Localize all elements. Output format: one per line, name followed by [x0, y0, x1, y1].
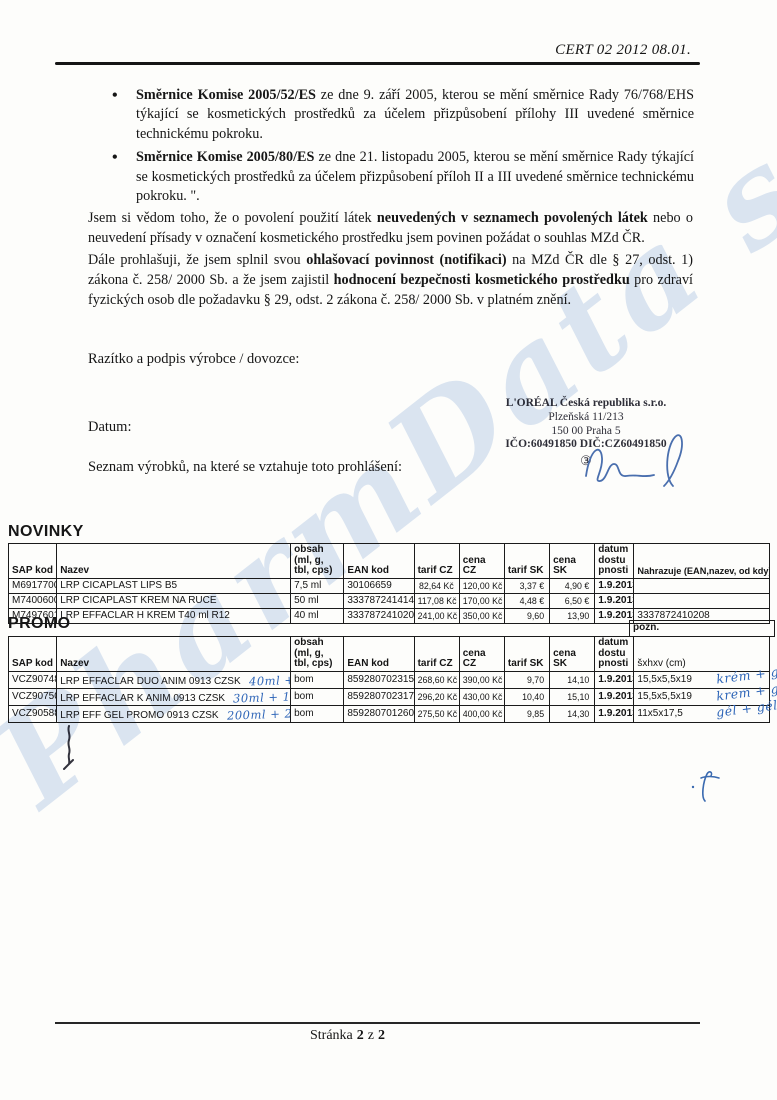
cell-text: M7400600 — [12, 595, 57, 606]
table-cell: 430,00 Kč — [459, 688, 504, 705]
cell-text: 275,50 Kč — [418, 709, 458, 719]
novinky-table: SAP kod Nazev obsah (ml, g, tbl, cps) EA… — [8, 543, 770, 624]
table-cell: 120,00 Kč — [459, 578, 504, 593]
table-cell: 3,37 € — [504, 578, 549, 593]
cell-text: LRP EFF GEL PROMO 0913 CZSK — [60, 710, 218, 721]
table-cell: 241,00 Kč — [414, 608, 459, 623]
cell-text: 8592807023150 — [347, 674, 414, 685]
cell-text: VCZ90750 — [12, 691, 57, 702]
stamp-company-name: L'ORÉAL Česká republika s.r.o. — [452, 397, 720, 411]
cell-text: 9,70 — [527, 675, 544, 685]
table-cell: 1.9.2013 — [595, 578, 634, 593]
table-cell: LRP EFF GEL PROMO 0913 CZSK200ml + 200ml — [57, 705, 291, 722]
cell-text: 40 ml — [294, 610, 318, 621]
signature-icon — [580, 430, 695, 492]
col-header-nazev: Nazev — [57, 637, 291, 672]
col-header-obsah: obsah (ml, g, tbl, cps) — [291, 637, 344, 672]
cell-text: 9,85 — [527, 709, 544, 719]
table-cell: LRP EFFACLAR H KREM T40 ml R12 — [57, 608, 291, 623]
cell-text: 13,90 — [567, 611, 589, 621]
table-cell: 15,10 — [550, 688, 595, 705]
table-cell: 9,70 — [504, 671, 549, 688]
cell-text: 3337872414145 — [347, 595, 414, 606]
directive-item-1: Směrnice Komise 2005/52/ES ze dne 9. zář… — [110, 86, 694, 144]
col-header-ean: EAN kod — [344, 637, 414, 672]
cell-text: 3337872410208 — [347, 610, 414, 621]
handwritten-volume-note: 30ml + 125ml — [233, 688, 291, 705]
table-cell: bom — [291, 671, 344, 688]
cell-text: bom — [294, 708, 313, 719]
table-row: VCZ90750LRP EFFACLAR K ANIM 0913 CZSK30m… — [9, 688, 770, 705]
declaration-paragraph-1: Jsem si vědom toho, že o povolení použit… — [88, 209, 693, 249]
table-cell: M6917700 — [9, 578, 57, 593]
header-divider — [55, 62, 700, 65]
cell-text: 7,5 ml — [294, 580, 321, 591]
cell-text: 14,30 — [567, 709, 589, 719]
cell-text: 11x5x17,5 — [637, 708, 682, 719]
cell-text: 1.9.2013 — [598, 580, 634, 591]
cell-text: 296,20 Kč — [418, 692, 458, 702]
col-header-tarif-cz: tarif CZ — [414, 544, 459, 579]
table-cell: 30106659 — [344, 578, 414, 593]
table-cell: 1.9.2013 — [595, 593, 634, 608]
handwritten-volume-note: 40ml + 165ml — [248, 671, 290, 688]
cell-text: 3,37 € — [520, 581, 544, 591]
cell-text: 4,48 € — [520, 596, 544, 606]
cell-text: 1.9.2013 — [598, 674, 634, 685]
cell-text: 268,60 Kč — [418, 675, 458, 685]
cell-text: M6917700 — [12, 580, 57, 591]
table-row: VCZ90748LRP EFFACLAR DUO ANIM 0913 CZSK4… — [9, 671, 770, 688]
declaration-paragraph-2: Dále prohlašuji, že jsem splnil svou ohl… — [88, 251, 693, 311]
cell-text: 4,90 € — [565, 581, 589, 591]
table-cell: 14,10 — [550, 671, 595, 688]
table-cell: LRP CICAPLAST LIPS B5 — [57, 578, 291, 593]
col-header-ean: EAN kod — [344, 544, 414, 579]
table-cell: M7400600 — [9, 593, 57, 608]
directive-item-2: Směrnice Komise 2005/80/ES ze dne 21. li… — [110, 148, 694, 206]
footer-divider — [55, 1022, 700, 1024]
table-row: M6917700LRP CICAPLAST LIPS B57,5 ml30106… — [9, 578, 770, 593]
table-cell — [634, 593, 770, 608]
table-cell: 10,40 — [504, 688, 549, 705]
stamp-signature-label: Razítko a podpis výrobce / dovozce: — [88, 351, 299, 368]
cell-text: LRP EFFACLAR H KREM T40 ml R12 — [60, 610, 230, 621]
footer-label: Stránka — [310, 1028, 353, 1043]
table-cell: VCZ90750 — [9, 688, 57, 705]
table-cell: LRP EFFACLAR DUO ANIM 0913 CZSK40ml + 16… — [57, 671, 291, 688]
footer-page-number: 2 — [357, 1028, 364, 1043]
cell-text: 8592807012604 — [347, 708, 414, 719]
table-cell: 1.9.2013 — [595, 688, 634, 705]
cell-text: 1.9.2013 — [598, 708, 634, 719]
promo-table: SAP kod Nazev obsah (ml, g, tbl, cps) EA… — [8, 636, 770, 723]
table-cell: VCZ90748 — [9, 671, 57, 688]
cell-text: 117,08 Kč — [418, 596, 457, 606]
table-cell: 1.9.2013 — [595, 705, 634, 722]
table-cell: 3337872410208 — [344, 608, 414, 623]
directives-list: Směrnice Komise 2005/52/ES ze dne 9. zář… — [110, 86, 694, 211]
table-cell: 50 ml — [291, 593, 344, 608]
col-header-tarif-sk: tarif SK — [504, 637, 549, 672]
cell-text: VCZ90748 — [12, 674, 57, 685]
text-segment: hodnocení bezpečnosti kosmetického prost… — [334, 272, 630, 288]
table-cell: LRP CICAPLAST KREM NA RUCE — [57, 593, 291, 608]
handwritten-volume-note: 200ml + 200ml — [226, 705, 290, 722]
table-cell: 8592807012604 — [344, 705, 414, 722]
ink-scribble-mark — [58, 724, 80, 774]
document-reference: CERT 02 2012 08.01. — [555, 42, 691, 59]
col-header-cena-cz: cena CZ — [459, 544, 504, 579]
cell-text: bom — [294, 691, 313, 702]
cell-text: LRP CICAPLAST KREM NA RUCE — [60, 595, 216, 606]
scanned-document-page: CERT 02 2012 08.01. Směrnice Komise 2005… — [0, 0, 777, 1100]
cell-text: 9,60 — [527, 611, 544, 621]
table-cell — [634, 578, 770, 593]
table-cell: 390,00 Kč — [459, 671, 504, 688]
text-segment: ohlašovací povinnost (notifikaci) — [306, 252, 506, 268]
table-cell: 7,5 ml — [291, 578, 344, 593]
cell-text: LRP EFFACLAR K ANIM 0913 CZSK — [60, 693, 225, 704]
cell-text: LRP CICAPLAST LIPS B5 — [60, 580, 177, 591]
handwritten-blue-mark — [690, 766, 724, 806]
cell-text: 390,00 Kč — [463, 675, 503, 685]
cell-text: 50 ml — [294, 595, 318, 606]
note-cell: pozn. — [629, 620, 775, 637]
cell-text: 120,00 Kč — [463, 581, 503, 591]
col-header-cena-sk: cena SK — [550, 637, 595, 672]
table-cell: 8592807023174 — [344, 688, 414, 705]
text-segment: neuvedených v seznamech povolených látek — [377, 210, 648, 226]
table-cell: 275,50 Kč — [414, 705, 459, 722]
cell-text: 8592807023174 — [347, 691, 414, 702]
col-header-cena-cz: cena CZ — [459, 637, 504, 672]
cell-text: 400,00 Kč — [463, 709, 503, 719]
text-segment: Směrnice Komise 2005/52/ES — [136, 87, 316, 103]
table-cell: LRP EFFACLAR K ANIM 0913 CZSK30ml + 125m… — [57, 688, 291, 705]
table-cell: 8592807023150 — [344, 671, 414, 688]
table-cell: 9,60 — [504, 608, 549, 623]
col-header-obsah: obsah (ml, g, tbl, cps) — [291, 544, 344, 579]
col-header-datum: datum dostupnosti — [595, 637, 634, 672]
cell-text: 6,50 € — [565, 596, 589, 606]
table-cell: 296,20 Kč — [414, 688, 459, 705]
cell-text: 15,5x5,5x19 — [637, 691, 692, 702]
cell-text: 350,00 Kč — [463, 611, 503, 621]
stamp-street: Plzeňská 11/213 — [452, 411, 720, 425]
col-header-nazev: Nazev — [57, 544, 291, 579]
col-header-cena-sk: cena SK — [550, 544, 595, 579]
date-label: Datum: — [88, 419, 132, 436]
col-header-dimensions: šxhxv (cm) — [634, 637, 770, 672]
text-segment: Směrnice Komise 2005/80/ES — [136, 149, 314, 165]
table-row: M7400600LRP CICAPLAST KREM NA RUCE50 ml3… — [9, 593, 770, 608]
promo-section-title: PROMO — [8, 615, 70, 633]
col-header-sap-kod: SAP kod — [9, 637, 57, 672]
cell-text: 30106659 — [347, 580, 392, 591]
footer-separator: z — [368, 1028, 374, 1043]
novinky-header-row: SAP kod Nazev obsah (ml, g, tbl, cps) EA… — [9, 544, 770, 579]
cell-text: bom — [294, 674, 313, 685]
cell-text: 82,64 Kč — [419, 581, 454, 591]
table-cell: 13,90 — [550, 608, 595, 623]
table-cell: 40 ml — [291, 608, 344, 623]
table-cell: 4,90 € — [550, 578, 595, 593]
cell-text: 241,00 Kč — [418, 611, 458, 621]
table-cell: 9,85 — [504, 705, 549, 722]
novinky-section-title: NOVINKY — [8, 523, 84, 541]
cell-text: 170,00 Kč — [463, 596, 503, 606]
cell-text: 10,40 — [522, 692, 544, 702]
table-cell: 14,30 — [550, 705, 595, 722]
table-cell: 350,00 Kč — [459, 608, 504, 623]
cell-text: VCZ90588 — [12, 708, 57, 719]
table-cell: bom — [291, 705, 344, 722]
cell-text: 15,10 — [567, 692, 589, 702]
product-list-label: Seznam výrobků, na které se vztahuje tot… — [88, 459, 402, 476]
table-cell: 11x5x17,5gél + gél — [634, 705, 770, 722]
page-footer: Stránka2z2 — [45, 1028, 650, 1044]
table-cell: VCZ90588 — [9, 705, 57, 722]
table-cell: 170,00 Kč — [459, 593, 504, 608]
table-cell: 400,00 Kč — [459, 705, 504, 722]
table-cell: 268,60 Kč — [414, 671, 459, 688]
col-header-tarif-cz: tarif CZ — [414, 637, 459, 672]
table-cell: 117,08 Kč — [414, 593, 459, 608]
footer-total-pages: 2 — [378, 1028, 385, 1043]
cell-text: 15,5x5,5x19 — [637, 674, 692, 685]
text-segment: Dále prohlašuji, že jsem splnil svou — [88, 252, 306, 268]
cell-text: LRP EFFACLAR DUO ANIM 0913 CZSK — [60, 676, 240, 687]
cell-text: 1.9.2013 — [598, 691, 634, 702]
table-cell: bom — [291, 688, 344, 705]
col-header-datum: datum dostupnosti — [595, 544, 634, 579]
col-header-sap-kod: SAP kod — [9, 544, 57, 579]
table-cell: 3337872414145 — [344, 593, 414, 608]
cell-text: 430,00 Kč — [463, 692, 503, 702]
table-cell: 1.9.2013 — [595, 671, 634, 688]
table-cell: 6,50 € — [550, 593, 595, 608]
promo-header-row: SAP kod Nazev obsah (ml, g, tbl, cps) EA… — [9, 637, 770, 672]
cell-text: 14,10 — [567, 675, 589, 685]
col-header-tarif-sk: tarif SK — [504, 544, 549, 579]
table-row: VCZ90588LRP EFF GEL PROMO 0913 CZSK200ml… — [9, 705, 770, 722]
text-segment: Jsem si vědom toho, že o povolení použit… — [88, 210, 377, 226]
table-cell: 4,48 € — [504, 593, 549, 608]
cell-text: 1.9.2013 — [598, 595, 634, 606]
table-cell: 82,64 Kč — [414, 578, 459, 593]
col-header-nahrazuje: Nahrazuje (EAN,nazev, od kdy) — [634, 544, 770, 579]
